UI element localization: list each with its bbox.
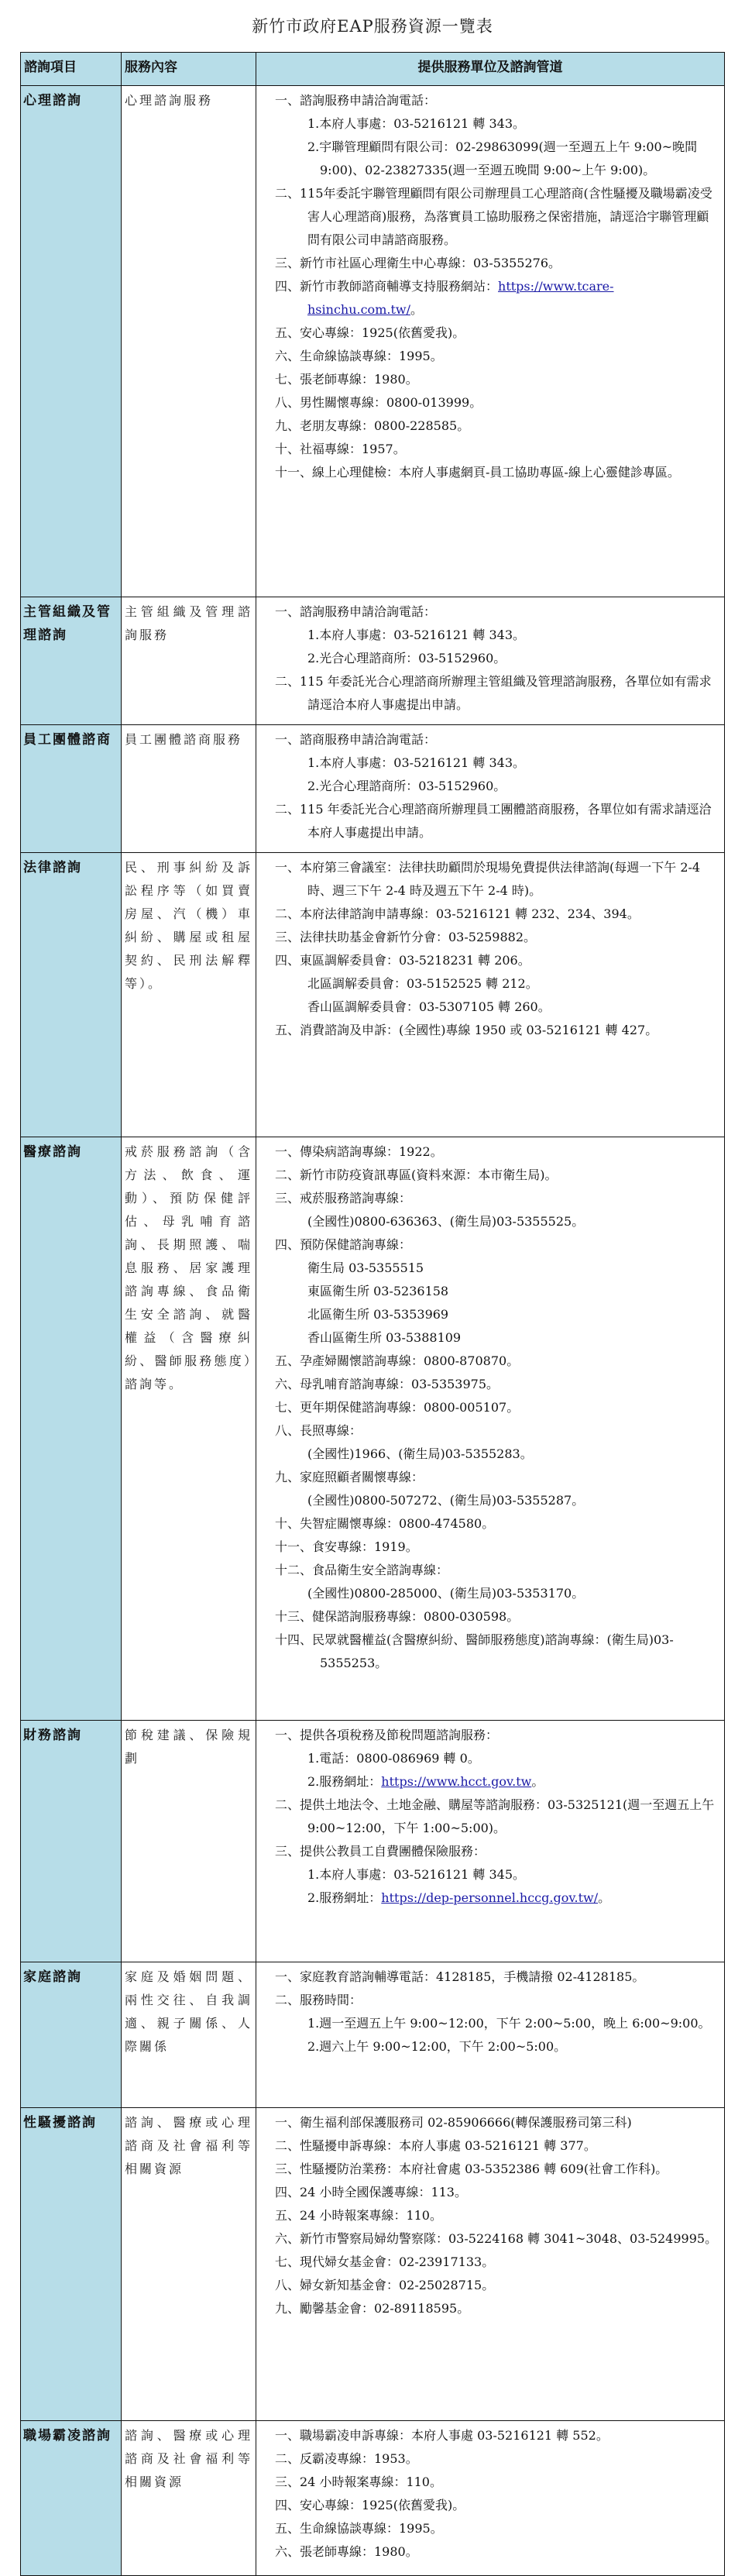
channel-text: (全國性)0800-507272、(衛生局)03-5355287。 — [307, 1493, 584, 1508]
channel-text-suffix: 。 — [598, 1890, 610, 1905]
channel-text: (全國性)0800-636363、(衛生局)03-5355525。 — [307, 1214, 584, 1229]
channel-line: 三、戒菸服務諮詢專線： — [275, 1187, 718, 1210]
channel-text: 香山區調解委員會：03-5307105 轉 260。 — [307, 999, 551, 1014]
channel-text: 七、現代婦女基金會：02-23917133。 — [275, 2254, 494, 2269]
channel-text: 九、家庭照顧者關懷專線： — [275, 1470, 424, 1484]
service-channels-cell: 一、衛生福利部保護服務司 02-85906666(轉保護服務司第三科)二、性騷擾… — [256, 2108, 725, 2421]
channel-line: 四、安心專線：1925(依舊愛我)。 — [275, 2494, 718, 2517]
channel-line: 十、失智症關懷專線：0800-474580。 — [275, 1512, 718, 1536]
channel-text: 五、消費諮詢及申訴：(全國性)專線 1950 或 03-5216121 轉 42… — [275, 1023, 657, 1037]
consult-item-cell: 職場霸凌諮詢 — [21, 2421, 122, 2576]
eap-resource-table: 諮詢項目 服務內容 提供服務單位及諮詢管道 心理諮詢心理諮詢服務一、諮詢服務申請… — [20, 52, 725, 2576]
channel-text: 六、新竹市警察局婦幼警察隊：03-5224168 轉 3041~3048、03-… — [275, 2231, 717, 2246]
channel-text: 二、本府法律諮詢申請專線：03-5216121 轉 232、234、394。 — [275, 906, 640, 921]
channel-text: 一、家庭教育諮詢輔導電話：4128185，手機請撥 02-4128185。 — [275, 1969, 644, 1984]
channel-line: 三、提供公教員工自費團體保險服務： — [275, 1840, 718, 1863]
channel-line: 二、115年委託宇聯管理顧問有限公司辦理員工心理諮商(含性騷擾及職場霸凌受害人心… — [275, 182, 718, 252]
channel-text: 十二、食品衛生安全諮詢專線： — [275, 1563, 448, 1577]
channel-line: 東區衛生所 03-5236158 — [275, 1280, 718, 1303]
channel-text: 二、新竹市防疫資訊專區(資料來源：本市衛生局)。 — [275, 1168, 558, 1182]
table-row: 職場霸凌諮詢諮詢、醫療或心理諮商及社會福利等相關資源一、職場霸凌申訴專線：本府人… — [21, 2421, 725, 2576]
channel-text: 十、社福專線：1957。 — [275, 442, 406, 456]
channel-text: 一、本府第三會議室：法律扶助顧問於現場免費提供法律諮詢(每週一下午 2-4 時、… — [275, 860, 700, 898]
channel-line: 2.宇聯管理顧問有限公司：02-29863099(週一至週五上午 9:00~晚間… — [275, 136, 718, 182]
channel-line: 四、東區調解委員會：03-5218231 轉 206。 — [275, 949, 718, 972]
consult-item-cell: 心理諮詢 — [21, 86, 122, 597]
channel-text: 八、男性關懷專線：0800-013999。 — [275, 395, 482, 410]
channel-line: 香山區調解委員會：03-5307105 轉 260。 — [275, 996, 718, 1019]
channel-text: 四、24 小時全國保護專線：113。 — [275, 2185, 467, 2199]
channel-line: 1.週一至週五上午 9:00~12:00，下午 2:00~5:00，晚上 6:0… — [275, 2012, 718, 2035]
channel-line: 二、反霸凌專線：1953。 — [275, 2447, 718, 2471]
service-channels-cell: 一、傳染病諮詢專線：1922。二、新竹市防疫資訊專區(資料來源：本市衛生局)。三… — [256, 1137, 725, 1721]
channel-line: 一、提供各項稅務及節稅問題諮詢服務： — [275, 1724, 718, 1747]
channel-line: 1.本府人事處：03-5216121 轉 345。 — [275, 1863, 718, 1886]
channel-line: 二、服務時間： — [275, 1989, 718, 2012]
channel-line: 五、安心專線：1925(依舊愛我)。 — [275, 322, 718, 345]
service-channels-cell: 一、職場霸凌申訴專線：本府人事處 03-5216121 轉 552。二、反霸凌專… — [256, 2421, 725, 2576]
channel-line: 二、新竹市防疫資訊專區(資料來源：本市衛生局)。 — [275, 1164, 718, 1187]
channel-text: 七、更年期保健諮詢專線：0800-005107。 — [275, 1400, 519, 1415]
channel-text: 一、諮商服務申請洽詢電話： — [275, 732, 436, 747]
channel-text: 九、勵馨基金會：02-89118595。 — [275, 2301, 469, 2316]
channel-text: 1.本府人事處：03-5216121 轉 345。 — [307, 1867, 525, 1882]
channel-text: 三、戒菸服務諮詢專線： — [275, 1191, 411, 1205]
channel-line: 二、性騷擾申訴專線：本府人事處 03-5216121 轉 377。 — [275, 2134, 718, 2158]
channel-line: 2.週六上午 9:00~12:00，下午 2:00~5:00。 — [275, 2035, 718, 2058]
service-channels-cell: 一、提供各項稅務及節稅問題諮詢服務：1.電話：0800-086969 轉 0。2… — [256, 1721, 725, 1962]
channel-text-suffix: 。 — [531, 1774, 544, 1789]
channel-text: 一、諮詢服務申請洽詢電話： — [275, 604, 436, 619]
channel-line: 一、傳染病諮詢專線：1922。 — [275, 1140, 718, 1164]
channel-text: 六、張老師專線：1980。 — [275, 2544, 418, 2559]
channel-line: 四、新竹市教師諮商輔導支持服務網站：https://www.tcare-hsin… — [275, 275, 718, 322]
channel-line: 1.本府人事處：03-5216121 轉 343。 — [275, 751, 718, 775]
channel-text: 二、115 年委託光合心理諮商所辦理員工團體諮商服務，各單位如有需求請逕洽本府人… — [275, 802, 712, 840]
channel-text: 一、提供各項稅務及節稅問題諮詢服務： — [275, 1728, 498, 1742]
channel-line: 六、生命線協談專線：1995。 — [275, 345, 718, 368]
service-content-cell: 諮詢、醫療或心理諮商及社會福利等相關資源 — [122, 2108, 256, 2421]
channel-line: 六、新竹市警察局婦幼警察隊：03-5224168 轉 3041~3048、03-… — [275, 2227, 718, 2251]
channel-text: 十一、線上心理健檢：本府人事處網頁-員工協助專區-線上心靈健診專區。 — [275, 465, 680, 480]
channel-text: 2.週六上午 9:00~12:00，下午 2:00~5:00。 — [307, 2039, 566, 2054]
channel-text: 四、新竹市教師諮商輔導支持服務網站： — [275, 279, 498, 294]
channel-line: 二、115 年委託光合心理諮商所辦理主管組織及管理諮詢服務，各單位如有需求請逕洽… — [275, 670, 718, 717]
channel-line: 六、母乳哺育諮詢專線：03-5353975。 — [275, 1373, 718, 1396]
channel-line: 五、生命線協談專線：1995。 — [275, 2517, 718, 2540]
channel-text: 六、母乳哺育諮詢專線：03-5353975。 — [275, 1377, 499, 1391]
channel-line: 十三、健保諮詢服務專線：0800-030598。 — [275, 1605, 718, 1628]
channel-text: 2.服務網址： — [307, 1890, 381, 1905]
channel-line: (全國性)0800-636363、(衛生局)03-5355525。 — [275, 1210, 718, 1233]
channel-text: 二、服務時間： — [275, 1993, 362, 2007]
consult-item-cell: 性騷擾諮詢 — [21, 2108, 122, 2421]
header-service-content: 服務內容 — [122, 53, 256, 86]
channel-text: 2.服務網址： — [307, 1774, 381, 1789]
channel-line: 八、長照專線： — [275, 1419, 718, 1443]
consult-item-cell: 財務諮詢 — [21, 1721, 122, 1962]
channel-text: 五、孕產婦關懷諮詢專線：0800-870870。 — [275, 1353, 519, 1368]
channel-text: 1.本府人事處：03-5216121 轉 343。 — [307, 628, 525, 642]
service-content-cell: 戒菸服務諮詢（含方法、飲食、運動）、預防保健評估、母乳哺育諮詢、長期照護、喘息服… — [122, 1137, 256, 1721]
channel-line: 二、本府法律諮詢申請專線：03-5216121 轉 232、234、394。 — [275, 903, 718, 926]
channel-line: 一、家庭教育諮詢輔導電話：4128185，手機請撥 02-4128185。 — [275, 1966, 718, 1989]
channel-text: 十一、食安專線：1919。 — [275, 1539, 418, 1554]
channel-line: 一、諮商服務申請洽詢電話： — [275, 728, 718, 751]
channel-text: 三、新竹市社區心理衛生中心專線：03-5355276。 — [275, 256, 561, 270]
channel-text: 七、張老師專線：1980。 — [275, 372, 418, 387]
service-channels-cell: 一、家庭教育諮詢輔導電話：4128185，手機請撥 02-4128185。二、服… — [256, 1962, 725, 2108]
channel-text: 一、傳染病諮詢專線：1922。 — [275, 1144, 443, 1159]
channel-line: 衛生局 03-5355515 — [275, 1257, 718, 1280]
service-content-cell: 節稅建議、保險規劃 — [122, 1721, 256, 1962]
channel-line: 九、勵馨基金會：02-89118595。 — [275, 2297, 718, 2320]
channel-line: 五、24 小時報案專線：110。 — [275, 2204, 718, 2227]
channel-text: 1.本府人事處：03-5216121 轉 343。 — [307, 755, 525, 770]
channel-line: 六、張老師專線：1980。 — [275, 2540, 718, 2564]
table-row: 心理諮詢心理諮詢服務一、諮詢服務申請洽詢電話：1.本府人事處：03-521612… — [21, 86, 725, 597]
channel-text: 1.本府人事處：03-5216121 轉 343。 — [307, 116, 525, 131]
table-row: 法律諮詢民、刑事糾紛及訴訟程序等（如買賣房屋、汽（機）車糾紛、購屋或租屋契約、民… — [21, 853, 725, 1137]
channel-line: 四、預防保健諮詢專線： — [275, 1233, 718, 1257]
channel-line: 七、更年期保健諮詢專線：0800-005107。 — [275, 1396, 718, 1419]
channel-line: 2.服務網址：https://dep-personnel.hccg.gov.tw… — [275, 1886, 718, 1910]
channel-text: 三、性騷擾防治業務：本府社會處 03-5352386 轉 609(社會工作科)。 — [275, 2162, 668, 2176]
channel-line: 三、性騷擾防治業務：本府社會處 03-5352386 轉 609(社會工作科)。 — [275, 2158, 718, 2181]
header-consult-item: 諮詢項目 — [21, 53, 122, 86]
channel-text: 四、安心專線：1925(依舊愛我)。 — [275, 2498, 465, 2512]
channel-line: 八、婦女新知基金會：02-25028715。 — [275, 2274, 718, 2297]
channel-line: 九、老朋友專線：0800-228585。 — [275, 414, 718, 438]
service-channels-cell: 一、諮詢服務申請洽詢電話：1.本府人事處：03-5216121 轉 343。2.… — [256, 86, 725, 597]
consult-item-cell: 法律諮詢 — [21, 853, 122, 1137]
channel-line: 2.光合心理諮商所：03-5152960。 — [275, 775, 718, 798]
channel-line: 七、現代婦女基金會：02-23917133。 — [275, 2251, 718, 2274]
service-content-cell: 主管組織及管理諮詢服務 — [122, 597, 256, 725]
channel-text: 十三、健保諮詢服務專線：0800-030598。 — [275, 1609, 519, 1624]
channel-text: 八、婦女新知基金會：02-25028715。 — [275, 2278, 494, 2292]
channel-line: 十二、食品衛生安全諮詢專線： — [275, 1559, 718, 1582]
channel-line: 香山區衛生所 03-5388109 — [275, 1326, 718, 1350]
channel-text: 2.光合心理諮商所：03-5152960。 — [307, 651, 506, 665]
table-row: 主管組織及管理諮詢主管組織及管理諮詢服務一、諮詢服務申請洽詢電話：1.本府人事處… — [21, 597, 725, 725]
service-content-cell: 諮詢、醫療或心理諮商及社會福利等相關資源 — [122, 2421, 256, 2576]
channel-text: 1.電話：0800-086969 轉 0。 — [307, 1751, 480, 1766]
channel-text: 九、老朋友專線：0800-228585。 — [275, 418, 469, 433]
channel-text: (全國性)0800-285000、(衛生局)03-5353170。 — [307, 1586, 584, 1601]
document-title: 新竹市政府EAP服務資源一覽表 — [0, 14, 745, 37]
channel-text: 十、失智症關懷專線：0800-474580。 — [275, 1516, 494, 1531]
channel-text: 二、提供土地法令、土地金融、購屋等諮詢服務：03-5325121(週一至週五上午… — [275, 1797, 714, 1835]
service-channels-cell: 一、諮詢服務申請洽詢電話：1.本府人事處：03-5216121 轉 343。2.… — [256, 597, 725, 725]
channel-text: 北區調解委員會：03-5152525 轉 212。 — [307, 976, 538, 991]
channel-text: (全國性)1966、(衛生局)03-5355283。 — [307, 1446, 533, 1461]
channel-line: 三、法律扶助基金會新竹分會：03-5259882。 — [275, 926, 718, 949]
channel-line: 一、諮詢服務申請洽詢電話： — [275, 89, 718, 112]
channel-text: 北區衛生所 03-5353969 — [307, 1307, 448, 1322]
channel-line: 二、115 年委託光合心理諮商所辦理員工團體諮商服務，各單位如有需求請逕洽本府人… — [275, 798, 718, 844]
channel-line: 二、提供土地法令、土地金融、購屋等諮詢服務：03-5325121(週一至週五上午… — [275, 1794, 718, 1840]
channel-line: 五、消費諮詢及申訴：(全國性)專線 1950 或 03-5216121 轉 42… — [275, 1019, 718, 1042]
channel-text: 八、長照專線： — [275, 1423, 362, 1438]
service-content-cell: 心理諮詢服務 — [122, 86, 256, 597]
consult-item-cell: 員工團體諮商 — [21, 725, 122, 853]
table-row: 性騷擾諮詢諮詢、醫療或心理諮商及社會福利等相關資源一、衛生福利部保護服務司 02… — [21, 2108, 725, 2421]
channel-text: 五、安心專線：1925(依舊愛我)。 — [275, 325, 465, 340]
channel-line: (全國性)0800-507272、(衛生局)03-5355287。 — [275, 1489, 718, 1512]
channel-line: 五、孕產婦關懷諮詢專線：0800-870870。 — [275, 1350, 718, 1373]
channel-text: 四、預防保健諮詢專線： — [275, 1237, 411, 1252]
channel-text: 一、諮詢服務申請洽詢電話： — [275, 93, 436, 108]
table-header-row: 諮詢項目 服務內容 提供服務單位及諮詢管道 — [21, 53, 725, 86]
service-channels-cell: 一、本府第三會議室：法律扶助顧問於現場免費提供法律諮詢(每週一下午 2-4 時、… — [256, 853, 725, 1137]
channel-line: 九、家庭照顧者關懷專線： — [275, 1466, 718, 1489]
service-content-cell: 民、刑事糾紛及訴訟程序等（如買賣房屋、汽（機）車糾紛、購屋或租屋契約、民刑法解釋… — [122, 853, 256, 1137]
channel-text: 三、24 小時報案專線：110。 — [275, 2475, 442, 2489]
channel-text: 三、法律扶助基金會新竹分會：03-5259882。 — [275, 930, 536, 944]
channel-line: 1.電話：0800-086969 轉 0。 — [275, 1747, 718, 1770]
consult-item-cell: 家庭諮詢 — [21, 1962, 122, 2108]
channel-text: 一、職場霸凌申訴專線：本府人事處 03-5216121 轉 552。 — [275, 2428, 609, 2443]
channel-line: 八、男性關懷專線：0800-013999。 — [275, 391, 718, 414]
channel-line: 十四、民眾就醫權益(含醫療糾紛、醫師服務態度)諮詢專線：(衛生局)03-5355… — [275, 1628, 718, 1675]
table-body: 心理諮詢心理諮詢服務一、諮詢服務申請洽詢電話：1.本府人事處：03-521612… — [21, 86, 725, 2576]
channel-text: 二、115 年委託光合心理諮商所辦理主管組織及管理諮詢服務，各單位如有需求請逕洽… — [275, 674, 712, 712]
channel-line: 三、24 小時報案專線：110。 — [275, 2471, 718, 2494]
channel-text: 二、反霸凌專線：1953。 — [275, 2451, 418, 2466]
channel-line: 1.本府人事處：03-5216121 轉 343。 — [275, 112, 718, 136]
channel-text: 四、東區調解委員會：03-5218231 轉 206。 — [275, 953, 530, 968]
channel-text: 衛生局 03-5355515 — [307, 1260, 424, 1275]
table-row: 財務諮詢節稅建議、保險規劃一、提供各項稅務及節稅問題諮詢服務：1.電話：0800… — [21, 1721, 725, 1962]
channel-line: (全國性)1966、(衛生局)03-5355283。 — [275, 1443, 718, 1466]
channel-text: 五、生命線協談專線：1995。 — [275, 2521, 443, 2536]
channel-line: (全國性)0800-285000、(衛生局)03-5353170。 — [275, 1582, 718, 1605]
channel-line: 三、新竹市社區心理衛生中心專線：03-5355276。 — [275, 252, 718, 275]
channel-text: 三、提供公教員工自費團體保險服務： — [275, 1844, 486, 1859]
channel-text: 一、衛生福利部保護服務司 02-85906666(轉保護服務司第三科) — [275, 2115, 632, 2130]
website-link[interactable]: https://www.hcct.gov.tw — [381, 1774, 531, 1789]
channel-text: 香山區衛生所 03-5388109 — [307, 1330, 461, 1345]
channel-text: 十四、民眾就醫權益(含醫療糾紛、醫師服務態度)諮詢專線：(衛生局)03-5355… — [275, 1632, 674, 1670]
channel-text: 2.宇聯管理顧問有限公司：02-29863099(週一至週五上午 9:00~晚間… — [307, 139, 697, 177]
channel-text-suffix: 。 — [410, 302, 423, 317]
channel-line: 一、職場霸凌申訴專線：本府人事處 03-5216121 轉 552。 — [275, 2424, 718, 2447]
table-row: 家庭諮詢家庭及婚姻問題、兩性交往、自我調適、親子關係、人際關係一、家庭教育諮詢輔… — [21, 1962, 725, 2108]
channel-line: 一、諮詢服務申請洽詢電話： — [275, 600, 718, 624]
service-channels-cell: 一、諮商服務申請洽詢電話：1.本府人事處：03-5216121 轉 343。2.… — [256, 725, 725, 853]
table-row: 員工團體諮商員工團體諮商服務一、諮商服務申請洽詢電話：1.本府人事處：03-52… — [21, 725, 725, 853]
service-content-cell: 家庭及婚姻問題、兩性交往、自我調適、親子關係、人際關係 — [122, 1962, 256, 2108]
channel-line: 北區調解委員會：03-5152525 轉 212。 — [275, 972, 718, 996]
header-service-channels: 提供服務單位及諮詢管道 — [256, 53, 725, 86]
channel-text: 五、24 小時報案專線：110。 — [275, 2208, 442, 2223]
channel-line: 七、張老師專線：1980。 — [275, 368, 718, 391]
channel-line: 一、衛生福利部保護服務司 02-85906666(轉保護服務司第三科) — [275, 2111, 718, 2134]
channel-line: 2.光合心理諮商所：03-5152960。 — [275, 647, 718, 670]
channel-line: 1.本府人事處：03-5216121 轉 343。 — [275, 624, 718, 647]
website-link[interactable]: https://dep-personnel.hccg.gov.tw/ — [381, 1890, 598, 1905]
table-row: 醫療諮詢戒菸服務諮詢（含方法、飲食、運動）、預防保健評估、母乳哺育諮詢、長期照護… — [21, 1137, 725, 1721]
service-content-cell: 員工團體諮商服務 — [122, 725, 256, 853]
channel-text: 二、性騷擾申訴專線：本府人事處 03-5216121 轉 377。 — [275, 2138, 596, 2153]
channel-text: 2.光合心理諮商所：03-5152960。 — [307, 779, 506, 793]
channel-text: 東區衛生所 03-5236158 — [307, 1284, 448, 1298]
channel-text: 六、生命線協談專線：1995。 — [275, 349, 443, 363]
channel-line: 十、社福專線：1957。 — [275, 438, 718, 461]
consult-item-cell: 醫療諮詢 — [21, 1137, 122, 1721]
channel-line: 北區衛生所 03-5353969 — [275, 1303, 718, 1326]
channel-text: 1.週一至週五上午 9:00~12:00，下午 2:00~5:00，晚上 6:0… — [307, 2016, 711, 2031]
channel-text: 二、115年委託宇聯管理顧問有限公司辦理員工心理諮商(含性騷擾及職場霸凌受害人心… — [275, 186, 712, 247]
channel-line: 十一、線上心理健檢：本府人事處網頁-員工協助專區-線上心靈健診專區。 — [275, 461, 718, 484]
consult-item-cell: 主管組織及管理諮詢 — [21, 597, 122, 725]
channel-line: 十一、食安專線：1919。 — [275, 1536, 718, 1559]
channel-line: 一、本府第三會議室：法律扶助顧問於現場免費提供法律諮詢(每週一下午 2-4 時、… — [275, 856, 718, 903]
channel-line: 四、24 小時全國保護專線：113。 — [275, 2181, 718, 2204]
channel-line: 2.服務網址：https://www.hcct.gov.tw。 — [275, 1770, 718, 1794]
